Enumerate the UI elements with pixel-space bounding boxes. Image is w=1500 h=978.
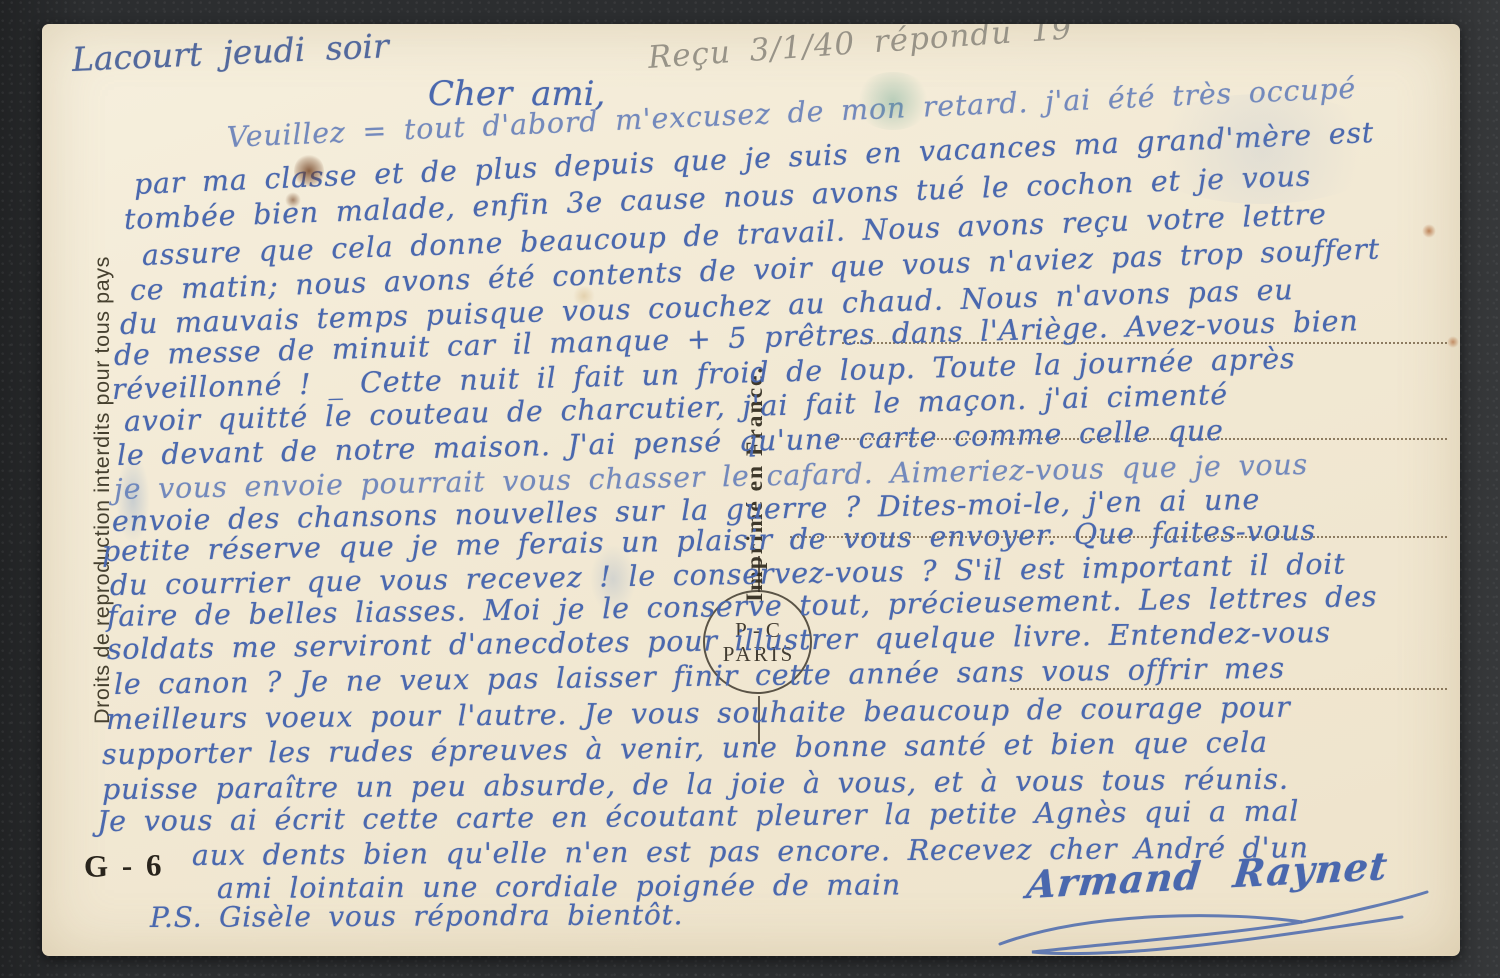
postcard: Droits de reproduction interdits pour to… — [42, 24, 1460, 956]
address-dotted-line — [1010, 688, 1447, 690]
photo-background: Droits de reproduction interdits pour to… — [0, 0, 1500, 978]
pencil-received-note: Reçu 3/1/40 répondu 19 — [647, 24, 1074, 76]
rust-spot — [1422, 224, 1436, 238]
plate-mark: G - 6 — [84, 847, 165, 884]
postscript-line: P.S. Gisèle vous répondra bientôt. — [150, 901, 683, 932]
handwritten-line: Je vous ai écrit cette carte en écoutant… — [97, 798, 1300, 837]
rust-spot — [1447, 336, 1459, 348]
location-date-note: Lacourt jeudi soir — [71, 26, 389, 79]
